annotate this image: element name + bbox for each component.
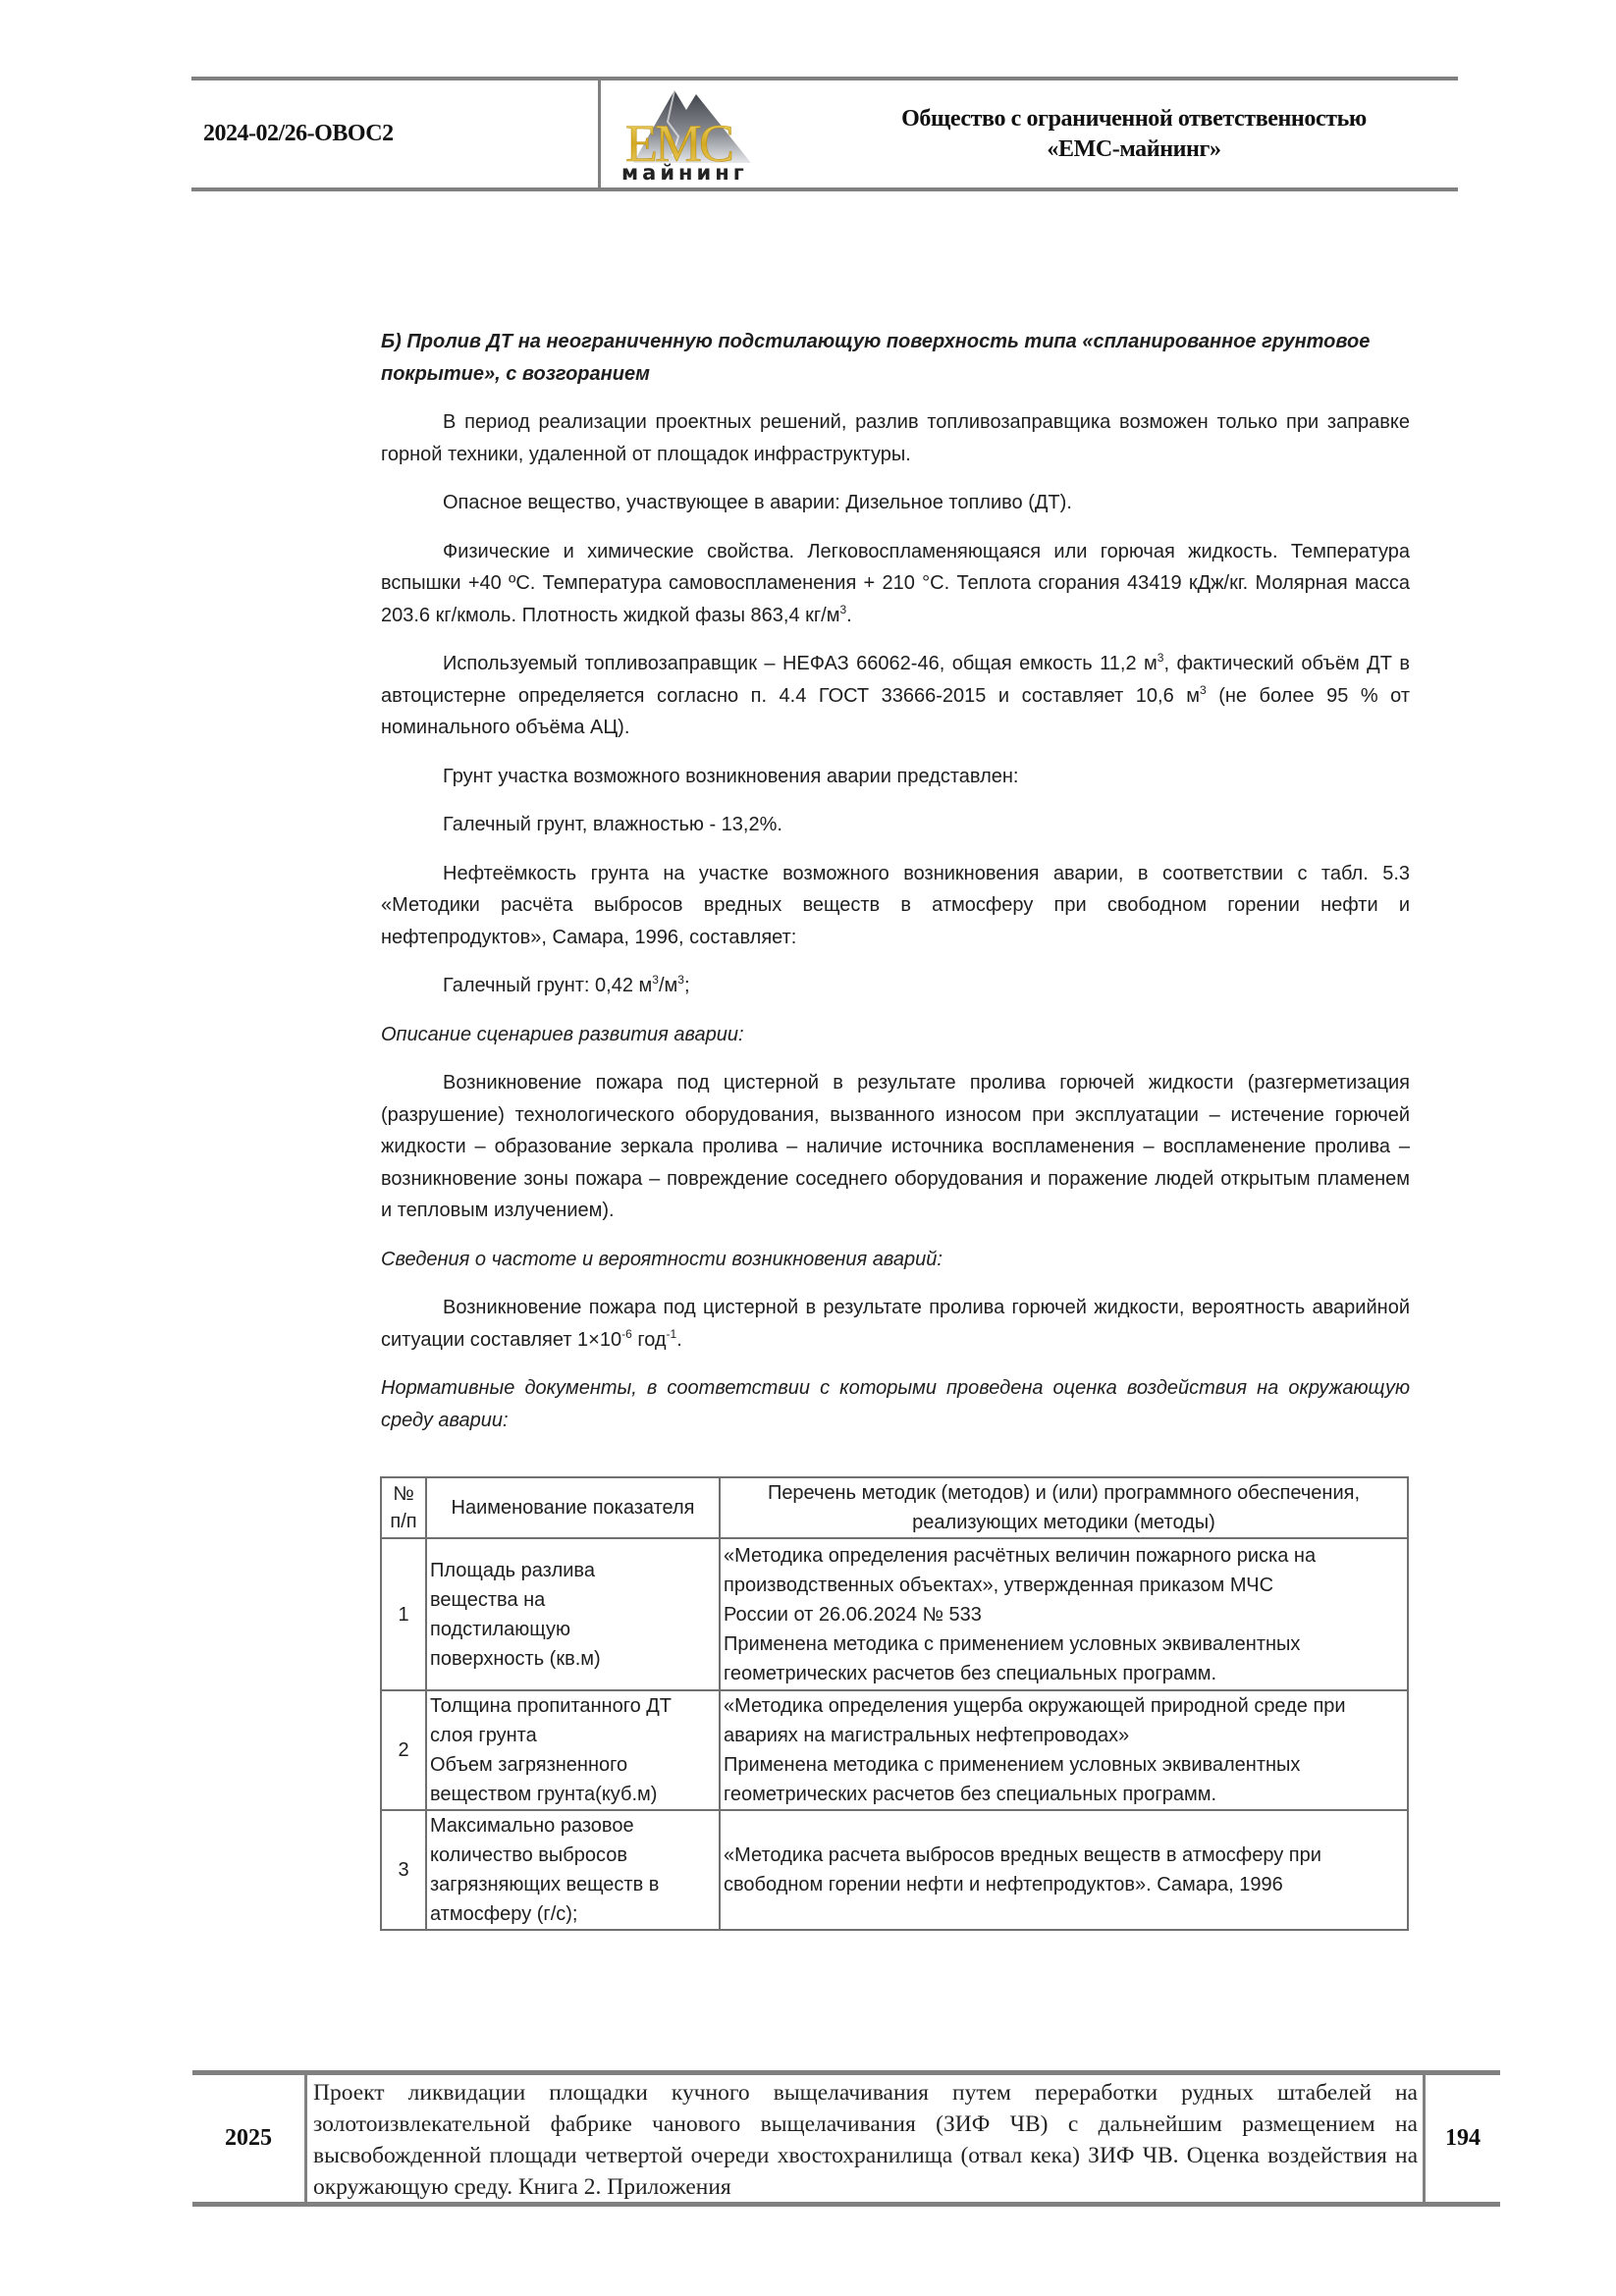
section-heading: Б) Пролив ДТ на неограниченную подстилаю…: [381, 326, 1410, 390]
paragraph-period: В период реализации проектных решений, р…: [381, 406, 1410, 470]
table-row: 2 Толщина пропитанного ДТ слоя грунта Об…: [381, 1690, 1408, 1810]
column-header-methods: Перечень методик (методов) и (или) прогр…: [720, 1477, 1408, 1538]
document-code: 2024-02/26-ОВОС2: [191, 80, 601, 187]
paragraph-oil-capacity-value: Галечный грунт: 0,42 м3/м3;: [381, 970, 1410, 1002]
superscript: 3: [1200, 683, 1207, 697]
table-header-row: № п/п Наименование показателя Перечень м…: [381, 1477, 1408, 1538]
footer-year: 2025: [192, 2075, 307, 2202]
superscript: 3: [677, 973, 684, 987]
method-description: «Методика определения ущерба окружающей …: [720, 1690, 1408, 1810]
table-row: 1 Площадь разлива вещества на подстилающ…: [381, 1538, 1408, 1690]
company-name-line2: «ЕМС-майнинг»: [1047, 134, 1220, 165]
text: Возникновение пожара под цистерной в рез…: [381, 1297, 1410, 1351]
page-number: 194: [1423, 2075, 1500, 2202]
company-name: Общество с ограниченной ответственностью…: [820, 80, 1448, 187]
paragraph-tanker: Используемый топливозаправщик – НЕФАЗ 66…: [381, 648, 1410, 744]
footer-project-title: Проект ликвидации площадки кучного выщел…: [313, 2077, 1418, 2203]
superscript: 3: [652, 973, 659, 987]
paragraph-substance: Опасное вещество, участвующее в аварии: …: [381, 487, 1410, 519]
paragraph-soil-moisture: Галечный грунт, влажностью - 13,2%.: [381, 809, 1410, 841]
text: Используемый топливозаправщик – НЕФАЗ 66…: [443, 653, 1158, 674]
paragraph-soil: Грунт участка возможного возникновения а…: [381, 761, 1410, 793]
paragraph-oil-capacity: Нефтеёмкость грунта на участке возможног…: [381, 858, 1410, 954]
company-logo: EMC майнинг: [614, 82, 771, 187]
document-body: Б) Пролив ДТ на неограниченную подстилаю…: [381, 326, 1410, 1453]
logo-subtitle: майнинг: [621, 161, 748, 185]
text: год: [632, 1329, 667, 1351]
superscript: -6: [621, 1327, 632, 1341]
column-header-number: № п/п: [381, 1477, 426, 1538]
page-header: 2024-02/26-ОВОС2 EMC: [191, 77, 1458, 191]
indicator-name: Площадь разлива вещества на подстилающую…: [426, 1538, 720, 1690]
row-number: 2: [381, 1690, 426, 1810]
row-number: 1: [381, 1538, 426, 1690]
methods-table: № п/п Наименование показателя Перечень м…: [380, 1476, 1409, 1931]
indicator-name: Толщина пропитанного ДТ слоя грунта Объе…: [426, 1690, 720, 1810]
page-footer: 2025 Проект ликвидации площадки кучного …: [192, 2070, 1500, 2207]
table-row: 3 Максимально разовое количество выбросо…: [381, 1810, 1408, 1930]
text: ;: [684, 975, 690, 996]
text: /м: [659, 975, 677, 996]
document-page: 2024-02/26-ОВОС2 EMC: [0, 0, 1616, 2296]
paragraph-properties: Физические и химические свойства. Легков…: [381, 536, 1410, 632]
method-description: «Методика расчета выбросов вредных вещес…: [720, 1810, 1408, 1930]
paragraph-scenario: Возникновение пожара под цистерной в рез…: [381, 1067, 1410, 1227]
text: .: [676, 1329, 682, 1351]
column-header-indicator: Наименование показателя: [426, 1477, 720, 1538]
indicator-name: Максимально разовое количество выбросов …: [426, 1810, 720, 1930]
superscript: -1: [667, 1327, 677, 1341]
subheading-scenarios: Описание сценариев развития аварии:: [381, 1019, 1410, 1051]
row-number: 3: [381, 1810, 426, 1930]
method-description: «Методика определения расчётных величин …: [720, 1538, 1408, 1690]
text: Галечный грунт: 0,42 м: [443, 975, 652, 996]
subheading-frequency: Сведения о частоте и вероятности возникн…: [381, 1244, 1410, 1276]
subheading-normative-docs: Нормативные документы, в соответствии с …: [381, 1372, 1410, 1436]
company-name-line1: Общество с ограниченной ответственностью: [901, 104, 1367, 134]
text: Физические и химические свойства. Легков…: [381, 541, 1410, 626]
paragraph-probability: Возникновение пожара под цистерной в рез…: [381, 1292, 1410, 1356]
text: .: [846, 605, 852, 626]
